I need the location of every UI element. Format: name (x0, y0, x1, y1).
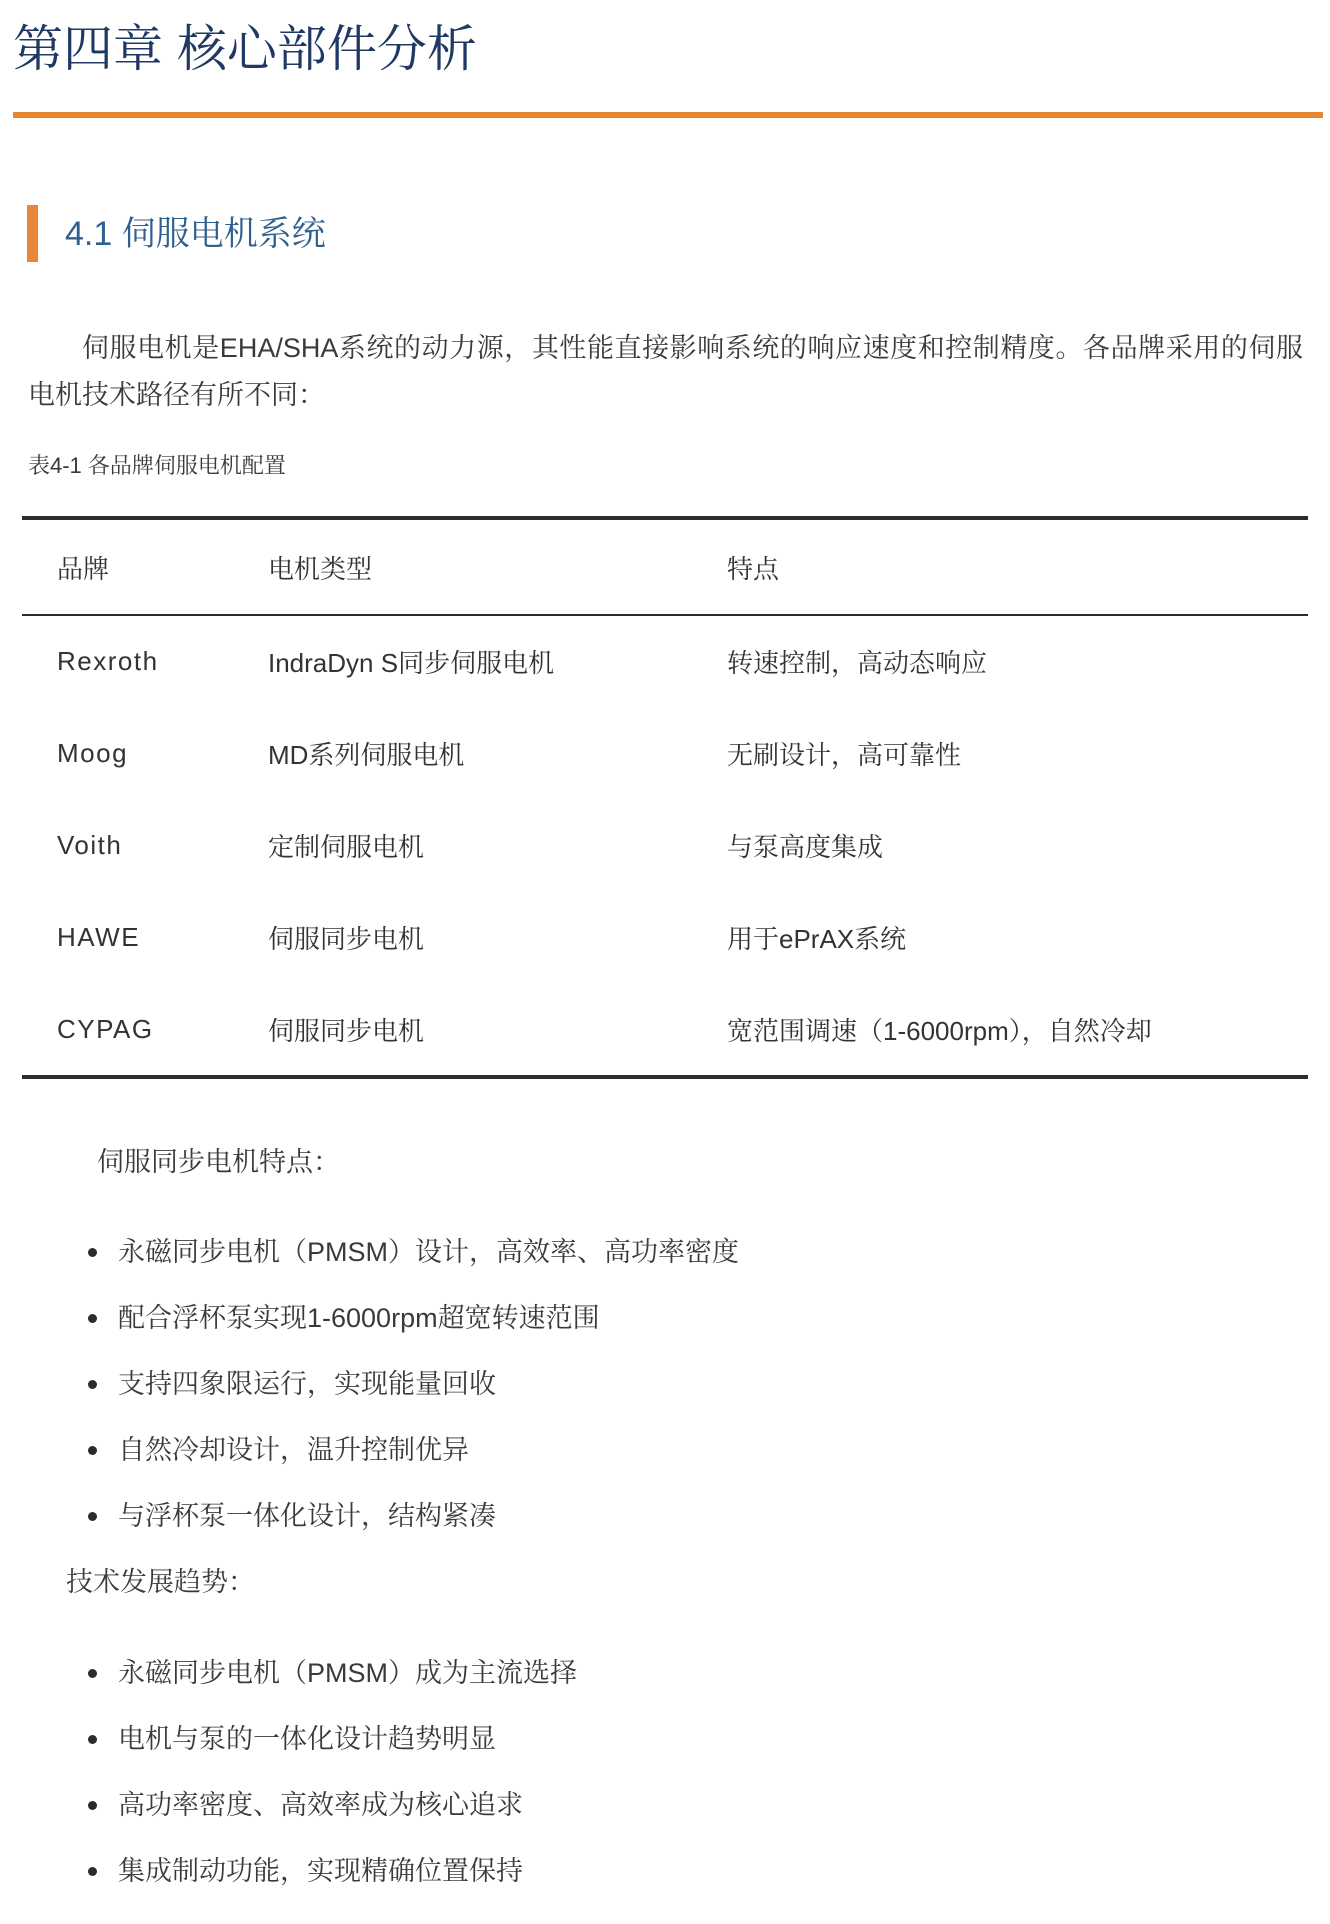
bullet-icon (88, 1801, 97, 1810)
column-header-motor-type: 电机类型 (233, 520, 692, 615)
features-cell: 转速控制，高动态响应 (692, 615, 1308, 707)
motor-type-cell: MD系列伺服电机 (233, 707, 692, 799)
brand-cell: HAWE (22, 891, 233, 983)
table-header-row: 品牌 电机类型 特点 (22, 520, 1308, 615)
list-item-text: 永磁同步电机（PMSM）设计，高效率、高功率密度 (118, 1237, 739, 1267)
motor-type-cell: IndraDyn S同步伺服电机 (233, 615, 692, 707)
bullet-icon (88, 1669, 97, 1678)
chapter-divider-rule (13, 112, 1323, 118)
list-item-text: 高功率密度、高效率成为核心追求 (118, 1790, 523, 1820)
bullet-icon (88, 1380, 97, 1389)
table-caption: 表4-1 各品牌伺服电机配置 (28, 453, 1330, 479)
motor-type-cell: 定制伺服电机 (233, 799, 692, 891)
intro-paragraph: 伺服电机是EHA/SHA系统的动力源，其性能直接影响系统的响应速度和控制精度。各… (28, 325, 1303, 419)
list-item: 与浮杯泵一体化设计，结构紧凑 (0, 1503, 1330, 1530)
table-row: Rexroth IndraDyn S同步伺服电机 转速控制，高动态响应 (22, 615, 1308, 707)
list-item: 自然冷却设计，温升控制优异 (0, 1437, 1330, 1464)
motor-type-cell: 伺服同步电机 (233, 983, 692, 1075)
bullet-icon (88, 1248, 97, 1257)
table-row: Voith 定制伺服电机 与泵高度集成 (22, 799, 1308, 891)
list-item: 电机与泵的一体化设计趋势明显 (0, 1726, 1330, 1753)
chapter-title: 第四章 核心部件分析 (13, 18, 1323, 80)
list-item-text: 与浮杯泵一体化设计，结构紧凑 (118, 1501, 496, 1531)
list-item: 集成制动功能，实现精确位置保持 (0, 1858, 1330, 1885)
brand-comparison-table: 品牌 电机类型 特点 Rexroth IndraDyn S同步伺服电机 转速控制… (22, 516, 1308, 1079)
column-header-brand: 品牌 (22, 520, 233, 615)
list-item: 高功率密度、高效率成为核心追求 (0, 1792, 1330, 1819)
features-cell: 宽范围调速（1-6000rpm），自然冷却 (692, 983, 1308, 1075)
list-item-text: 集成制动功能，实现精确位置保持 (118, 1856, 523, 1886)
brand-cell: CYPAG (22, 983, 233, 1075)
brand-cell: Moog (22, 707, 233, 799)
table-row: CYPAG 伺服同步电机 宽范围调速（1-6000rpm），自然冷却 (22, 983, 1308, 1075)
brand-cell: Rexroth (22, 615, 233, 707)
bullet-icon (88, 1446, 97, 1455)
section-accent-bar (27, 205, 38, 262)
list-item: 配合浮杯泵实现1-6000rpm超宽转速范围 (0, 1305, 1330, 1332)
motor-type-cell: 伺服同步电机 (233, 891, 692, 983)
list-item: 永磁同步电机（PMSM）成为主流选择 (0, 1660, 1330, 1687)
list-item: 支持四象限运行，实现能量回收 (0, 1371, 1330, 1398)
features-cell: 用于ePrAX系统 (692, 891, 1308, 983)
bullet-icon (88, 1512, 97, 1521)
features-cell: 无刷设计，高可靠性 (692, 707, 1308, 799)
list-item: 永磁同步电机（PMSM）设计，高效率、高功率密度 (0, 1239, 1330, 1266)
list-item-text: 配合浮杯泵实现1-6000rpm超宽转速范围 (118, 1303, 600, 1333)
list-item-text: 永磁同步电机（PMSM）成为主流选择 (118, 1658, 577, 1688)
features-list: 永磁同步电机（PMSM）设计，高效率、高功率密度 配合浮杯泵实现1-6000rp… (0, 1239, 1330, 1530)
brand-cell: Voith (22, 799, 233, 891)
table-row: Moog MD系列伺服电机 无刷设计，高可靠性 (22, 707, 1308, 799)
bullet-icon (88, 1314, 97, 1323)
features-cell: 与泵高度集成 (692, 799, 1308, 891)
list-item-text: 电机与泵的一体化设计趋势明显 (118, 1724, 496, 1754)
bullet-icon (88, 1735, 97, 1744)
trends-heading: 技术发展趋势： (66, 1569, 1330, 1596)
table-row: HAWE 伺服同步电机 用于ePrAX系统 (22, 891, 1308, 983)
section-title: 4.1 伺服电机系统 (38, 214, 326, 254)
list-item-text: 自然冷却设计，温升控制优异 (118, 1435, 469, 1465)
features-heading: 伺服同步电机特点： (97, 1149, 1330, 1176)
list-item-text: 支持四象限运行，实现能量回收 (118, 1369, 496, 1399)
section-heading: 4.1 伺服电机系统 (27, 205, 1330, 262)
bullet-icon (88, 1867, 97, 1876)
trends-list: 永磁同步电机（PMSM）成为主流选择 电机与泵的一体化设计趋势明显 高功率密度、… (0, 1660, 1330, 1885)
column-header-features: 特点 (692, 520, 1308, 615)
